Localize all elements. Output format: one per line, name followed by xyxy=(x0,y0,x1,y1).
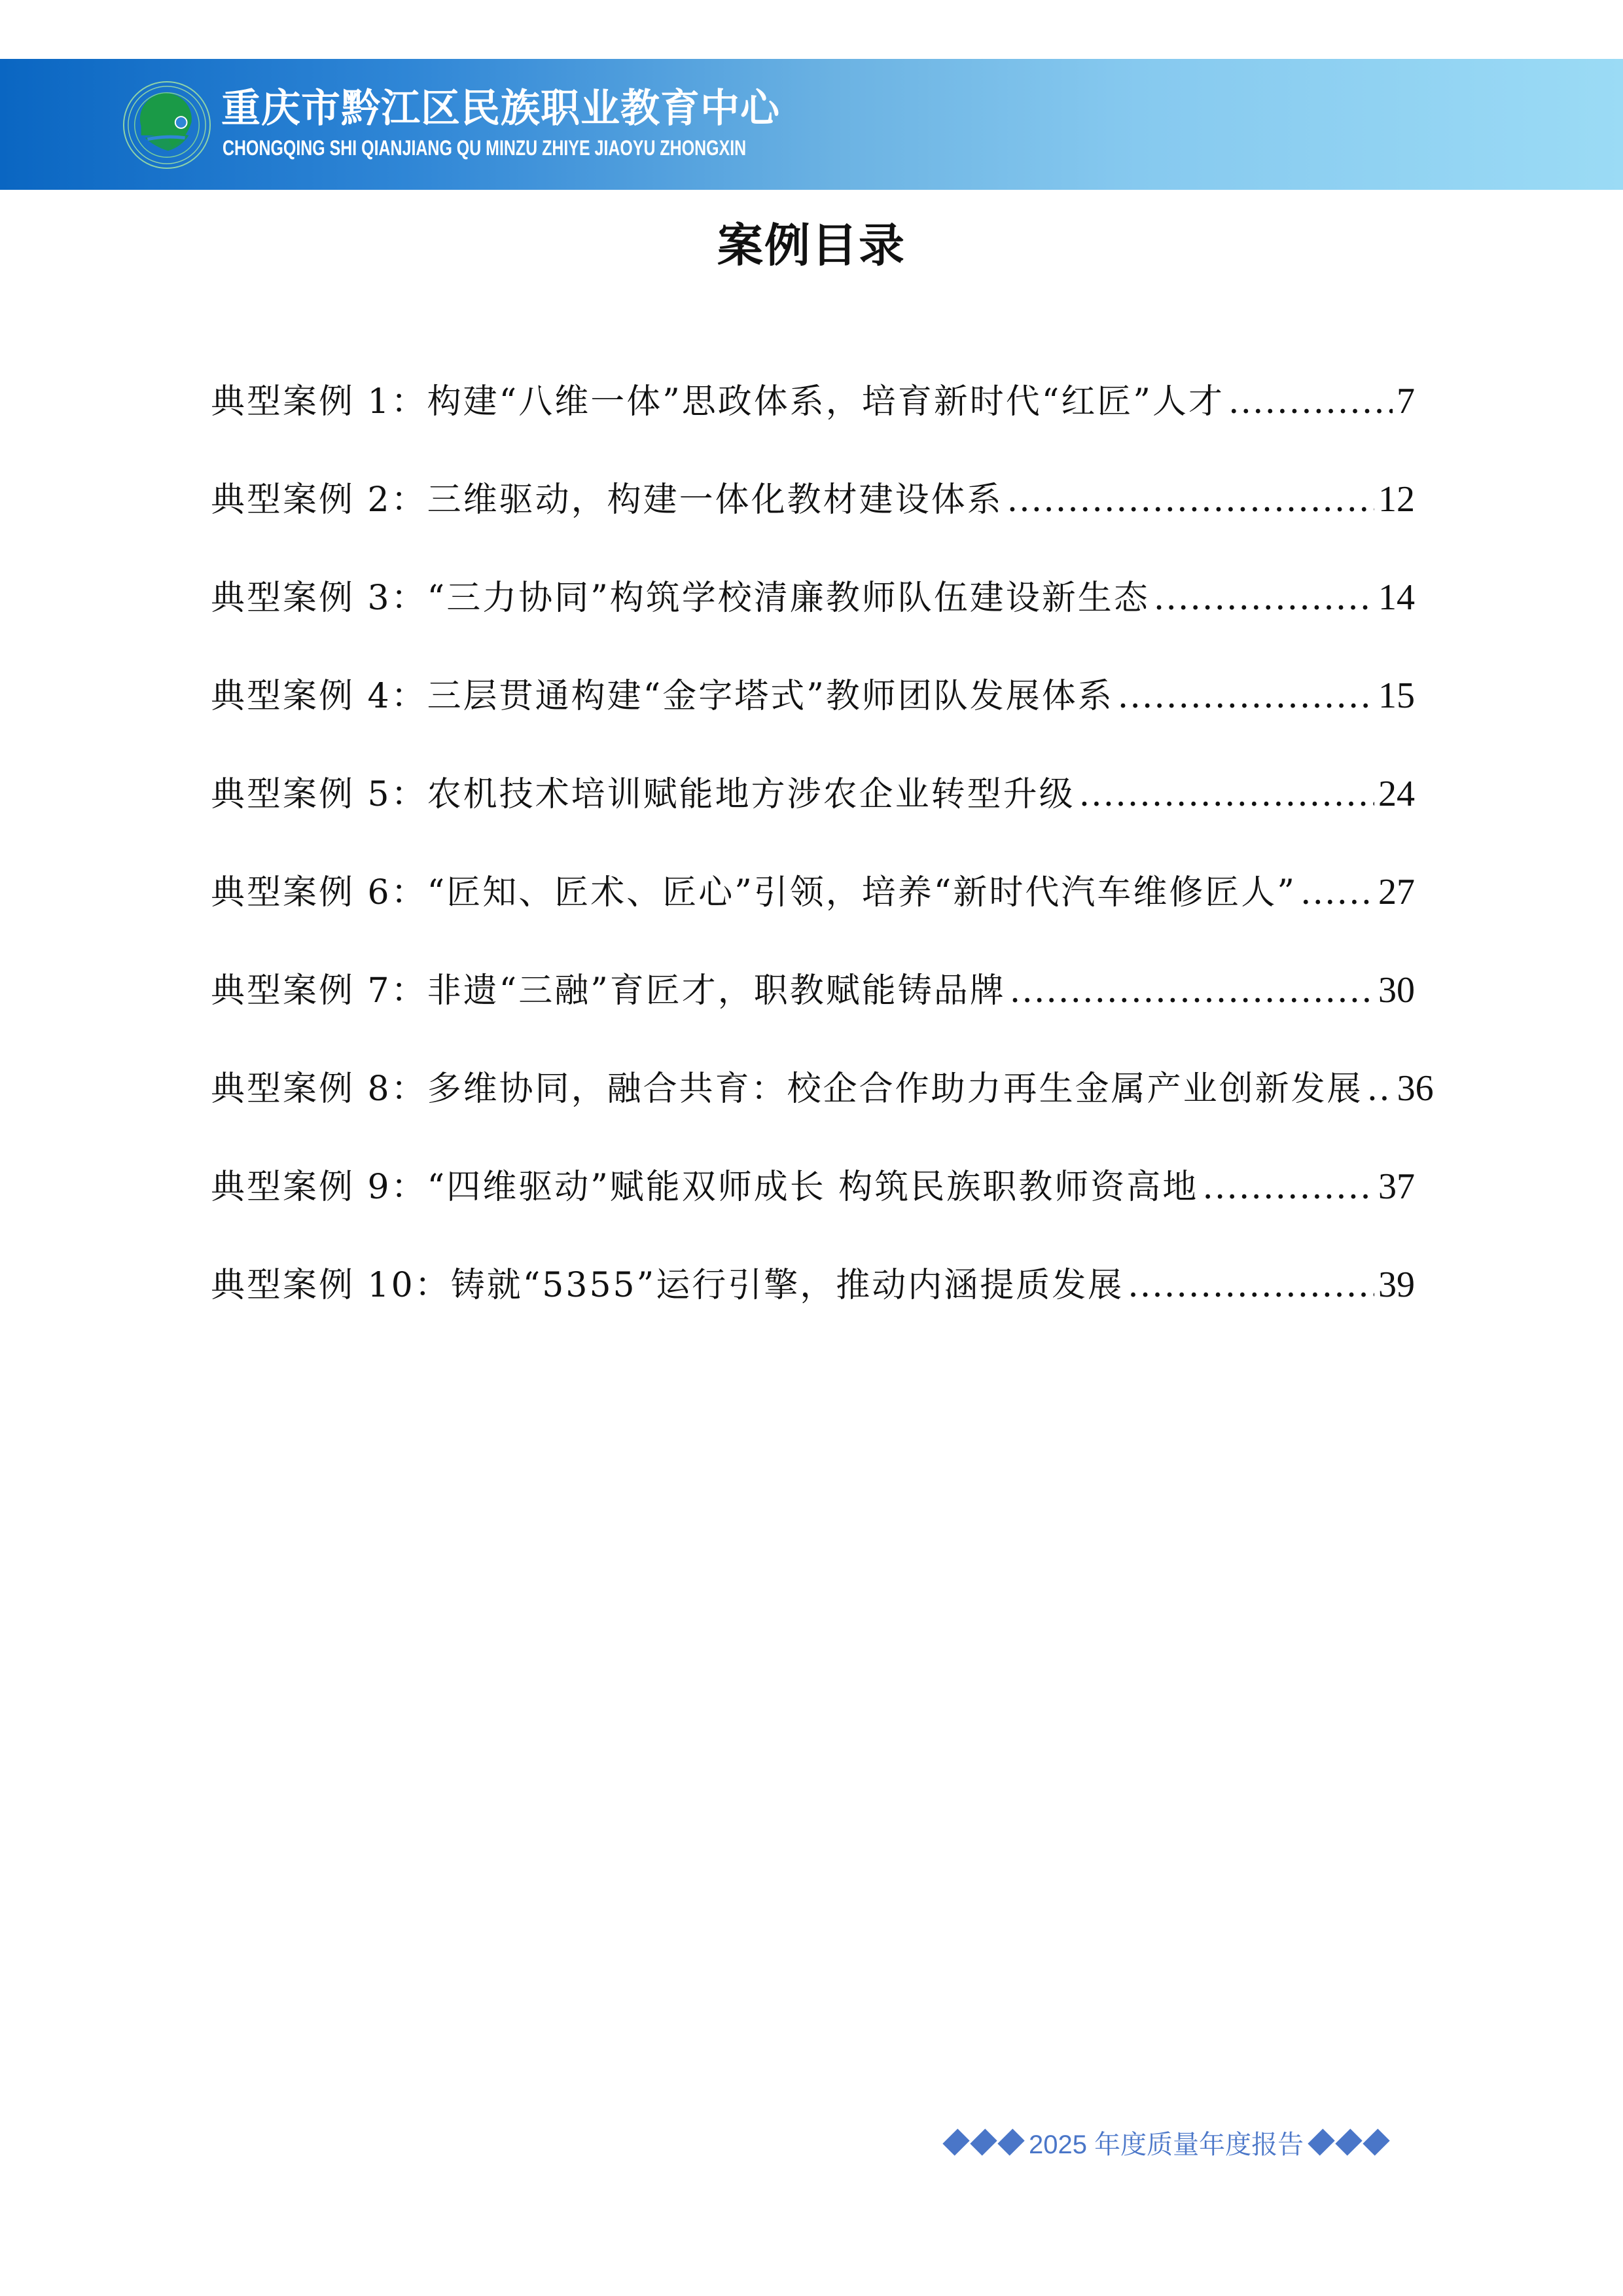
diamond-icon xyxy=(970,2128,997,2155)
toc-entry[interactable]: 典型案例 7：非遗“三融”育匠才，职教赋能铸品牌 30 xyxy=(211,962,1415,1060)
toc-entry[interactable]: 典型案例 3：“三力协同”构筑学校清廉教师队伍建设新生态 14 xyxy=(211,569,1415,668)
toc-entry-title: 典型案例 8：多维协同，融合共育：校企合作助力再生金属产业创新发展 xyxy=(211,1061,1363,1117)
toc-entry-title: 典型案例 9：“四维驱动”赋能双师成长 构筑民族职教师资高地 xyxy=(211,1159,1198,1215)
toc-page-number: 27 xyxy=(1378,864,1415,920)
diamond-icon xyxy=(942,2128,969,2155)
toc-entry[interactable]: 典型案例 4：三层贯通构建“金字塔式”教师团队发展体系 15 xyxy=(211,668,1415,766)
toc-entry[interactable]: 典型案例 5：农机技术培训赋能地方涉农企业转型升级 24 xyxy=(211,766,1415,864)
toc-entry-title: 典型案例 6：“匠知、匠术、匠心”引领，培养“新时代汽车维修匠人” xyxy=(211,865,1296,921)
toc-entry-title: 典型案例 3：“三力协同”构筑学校清廉教师队伍建设新生态 xyxy=(211,570,1150,626)
toc-page-number: 39 xyxy=(1378,1257,1415,1313)
dot-leader xyxy=(1118,668,1374,725)
toc-entry-title: 典型案例 10：铸就“5355”运行引擎，推动内涵提质发展 xyxy=(211,1257,1124,1314)
toc-page-number: 30 xyxy=(1378,962,1415,1018)
toc-page-number: 37 xyxy=(1378,1158,1415,1215)
toc-page-number: 7 xyxy=(1397,373,1415,429)
dot-leader xyxy=(1202,1159,1374,1215)
page-title: 案例目录 xyxy=(0,213,1623,278)
dot-leader xyxy=(1010,963,1374,1019)
diamond-icon xyxy=(1335,2128,1362,2155)
dot-leader xyxy=(1007,472,1374,528)
toc-entry-title: 典型案例 7：非遗“三融”育匠才，职教赋能铸品牌 xyxy=(211,963,1006,1019)
toc-entry-title: 典型案例 1：构建“八维一体”思政体系，培育新时代“红匠”人才 xyxy=(211,374,1224,430)
toc-entry[interactable]: 典型案例 1：构建“八维一体”思政体系，培育新时代“红匠”人才 7 xyxy=(211,373,1415,471)
dot-leader xyxy=(1367,1061,1393,1117)
toc-entry[interactable]: 典型案例 6：“匠知、匠术、匠心”引领，培养“新时代汽车维修匠人” 27 xyxy=(211,864,1415,962)
toc-page-number: 14 xyxy=(1378,569,1415,626)
toc-entry-title: 典型案例 2：三维驱动，构建一体化教材建设体系 xyxy=(211,472,1003,528)
toc-entry[interactable]: 典型案例 10：铸就“5355”运行引擎，推动内涵提质发展 39 xyxy=(211,1257,1415,1355)
toc-entry[interactable]: 典型案例 2：三维驱动，构建一体化教材建设体系 12 xyxy=(211,471,1415,569)
school-name-cn: 重庆市黔江区民族职业教育中心 xyxy=(221,82,780,135)
dot-leader xyxy=(1154,570,1374,626)
footer-text: 2025 年度质量年度报告 xyxy=(1029,2124,1304,2161)
dot-leader xyxy=(1128,1257,1374,1314)
toc-page-number: 36 xyxy=(1397,1060,1434,1117)
report-footer: 2025 年度质量年度报告 xyxy=(942,2119,1390,2165)
diamond-icon xyxy=(997,2128,1024,2155)
toc-entry[interactable]: 典型案例 9：“四维驱动”赋能双师成长 构筑民族职教师资高地 37 xyxy=(211,1158,1415,1257)
school-emblem-icon xyxy=(122,80,212,170)
toc-page-number: 15 xyxy=(1378,668,1415,724)
toc-page-number: 24 xyxy=(1378,766,1415,822)
toc-entry-title: 典型案例 4：三层贯通构建“金字塔式”教师团队发展体系 xyxy=(211,668,1114,725)
toc-entry-title: 典型案例 5：农机技术培训赋能地方涉农企业转型升级 xyxy=(211,766,1075,823)
diamond-icon xyxy=(1363,2128,1389,2155)
dot-leader xyxy=(1300,865,1374,921)
toc-entry[interactable]: 典型案例 8：多维协同，融合共育：校企合作助力再生金属产业创新发展 36 xyxy=(211,1060,1415,1158)
dot-leader xyxy=(1079,766,1374,823)
dot-leader xyxy=(1228,374,1393,430)
table-of-contents: 典型案例 1：构建“八维一体”思政体系，培育新时代“红匠”人才 7 典型案例 2… xyxy=(211,373,1415,1355)
school-name-pinyin: CHONGQING SHI QIANJIANG QU MINZU ZHIYE J… xyxy=(223,135,746,161)
toc-page-number: 12 xyxy=(1378,471,1415,528)
diamond-icon xyxy=(1308,2128,1334,2155)
